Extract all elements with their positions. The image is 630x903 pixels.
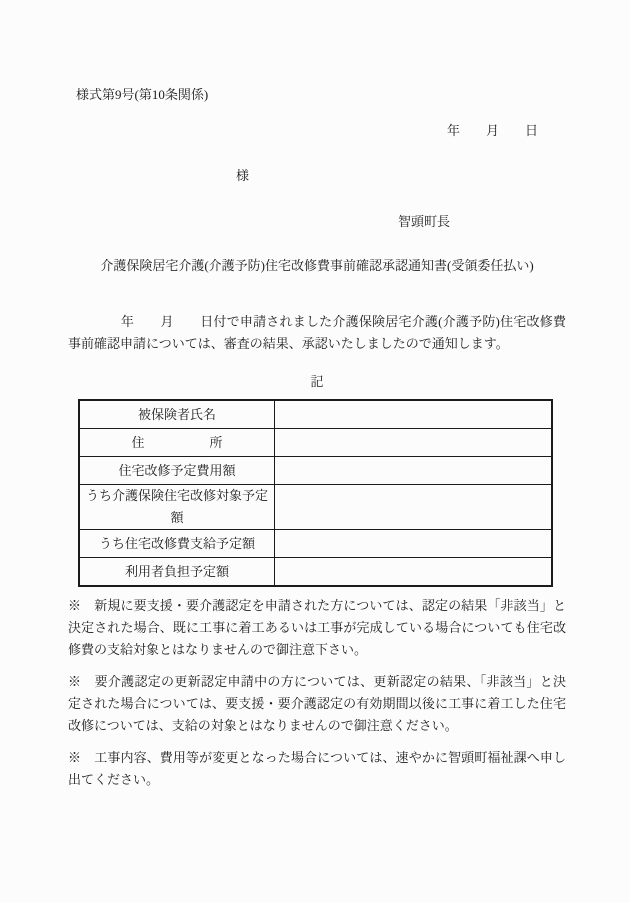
row-value-planned-renovation-cost (275, 457, 553, 485)
row-value-address (275, 429, 553, 457)
row-value-user-burden-amount (275, 558, 553, 587)
note-new-certification: ※ 新規に要支援・要介護認定を申請された方については、認定の結果「非該当」と決定… (68, 595, 566, 661)
sender-name: 智頭町長 (398, 211, 566, 233)
form-number: 様式第9号(第10条関係) (76, 84, 566, 106)
row-label-insured-name: 被保険者氏名 (79, 400, 275, 429)
row-label-user-burden-amount: 利用者負担予定額 (79, 558, 275, 587)
document-page: 様式第9号(第10条関係) 年 月 日 様 智頭町長 介護保険居宅介護(介護予防… (0, 0, 630, 903)
record-marker: 記 (68, 371, 566, 393)
approval-details-table: 被保険者氏名 住 所 住宅改修予定費用額 うち介護保険住宅改修対象予定額 うち住 (78, 399, 553, 587)
date-line: 年 月 日 (68, 120, 566, 142)
row-label-insurance-covered-amount: うち介護保険住宅改修対象予定額 (79, 485, 275, 530)
note-renewal-certification: ※ 要介護認定の更新認定申請中の方については、更新認定の結果、「非該当」と決定さ… (68, 671, 566, 737)
table-row: 住 所 (79, 429, 552, 457)
note-change-report: ※ 工事内容、費用等が変更となった場合については、速やかに智頭町福祉課へ申し出て… (68, 747, 566, 791)
addressee-suffix: 様 (236, 165, 566, 187)
row-value-insurance-covered-amount (275, 485, 553, 530)
notes-section: ※ 新規に要支援・要介護認定を申請された方については、認定の結果「非該当」と決定… (68, 595, 566, 791)
row-value-planned-benefit-amount (275, 530, 553, 558)
table-row: うち介護保険住宅改修対象予定額 (79, 485, 552, 530)
row-value-insured-name (275, 400, 553, 429)
document-content: 様式第9号(第10条関係) 年 月 日 様 智頭町長 介護保険居宅介護(介護予防… (0, 0, 630, 791)
table-row: うち住宅改修費支給予定額 (79, 530, 552, 558)
notification-body: 年 月 日付で申請されました介護保険居宅介護(介護予防)住宅改修費事前確認申請に… (68, 311, 566, 355)
document-title: 介護保険居宅介護(介護予防)住宅改修費事前確認承認通知書(受領委任払い) (68, 255, 566, 277)
table-row: 被保険者氏名 (79, 400, 552, 429)
row-label-address: 住 所 (79, 429, 275, 457)
row-label-planned-benefit-amount: うち住宅改修費支給予定額 (79, 530, 275, 558)
row-label-planned-renovation-cost: 住宅改修予定費用額 (79, 457, 275, 485)
table-row: 住宅改修予定費用額 (79, 457, 552, 485)
table-row: 利用者負担予定額 (79, 558, 552, 587)
